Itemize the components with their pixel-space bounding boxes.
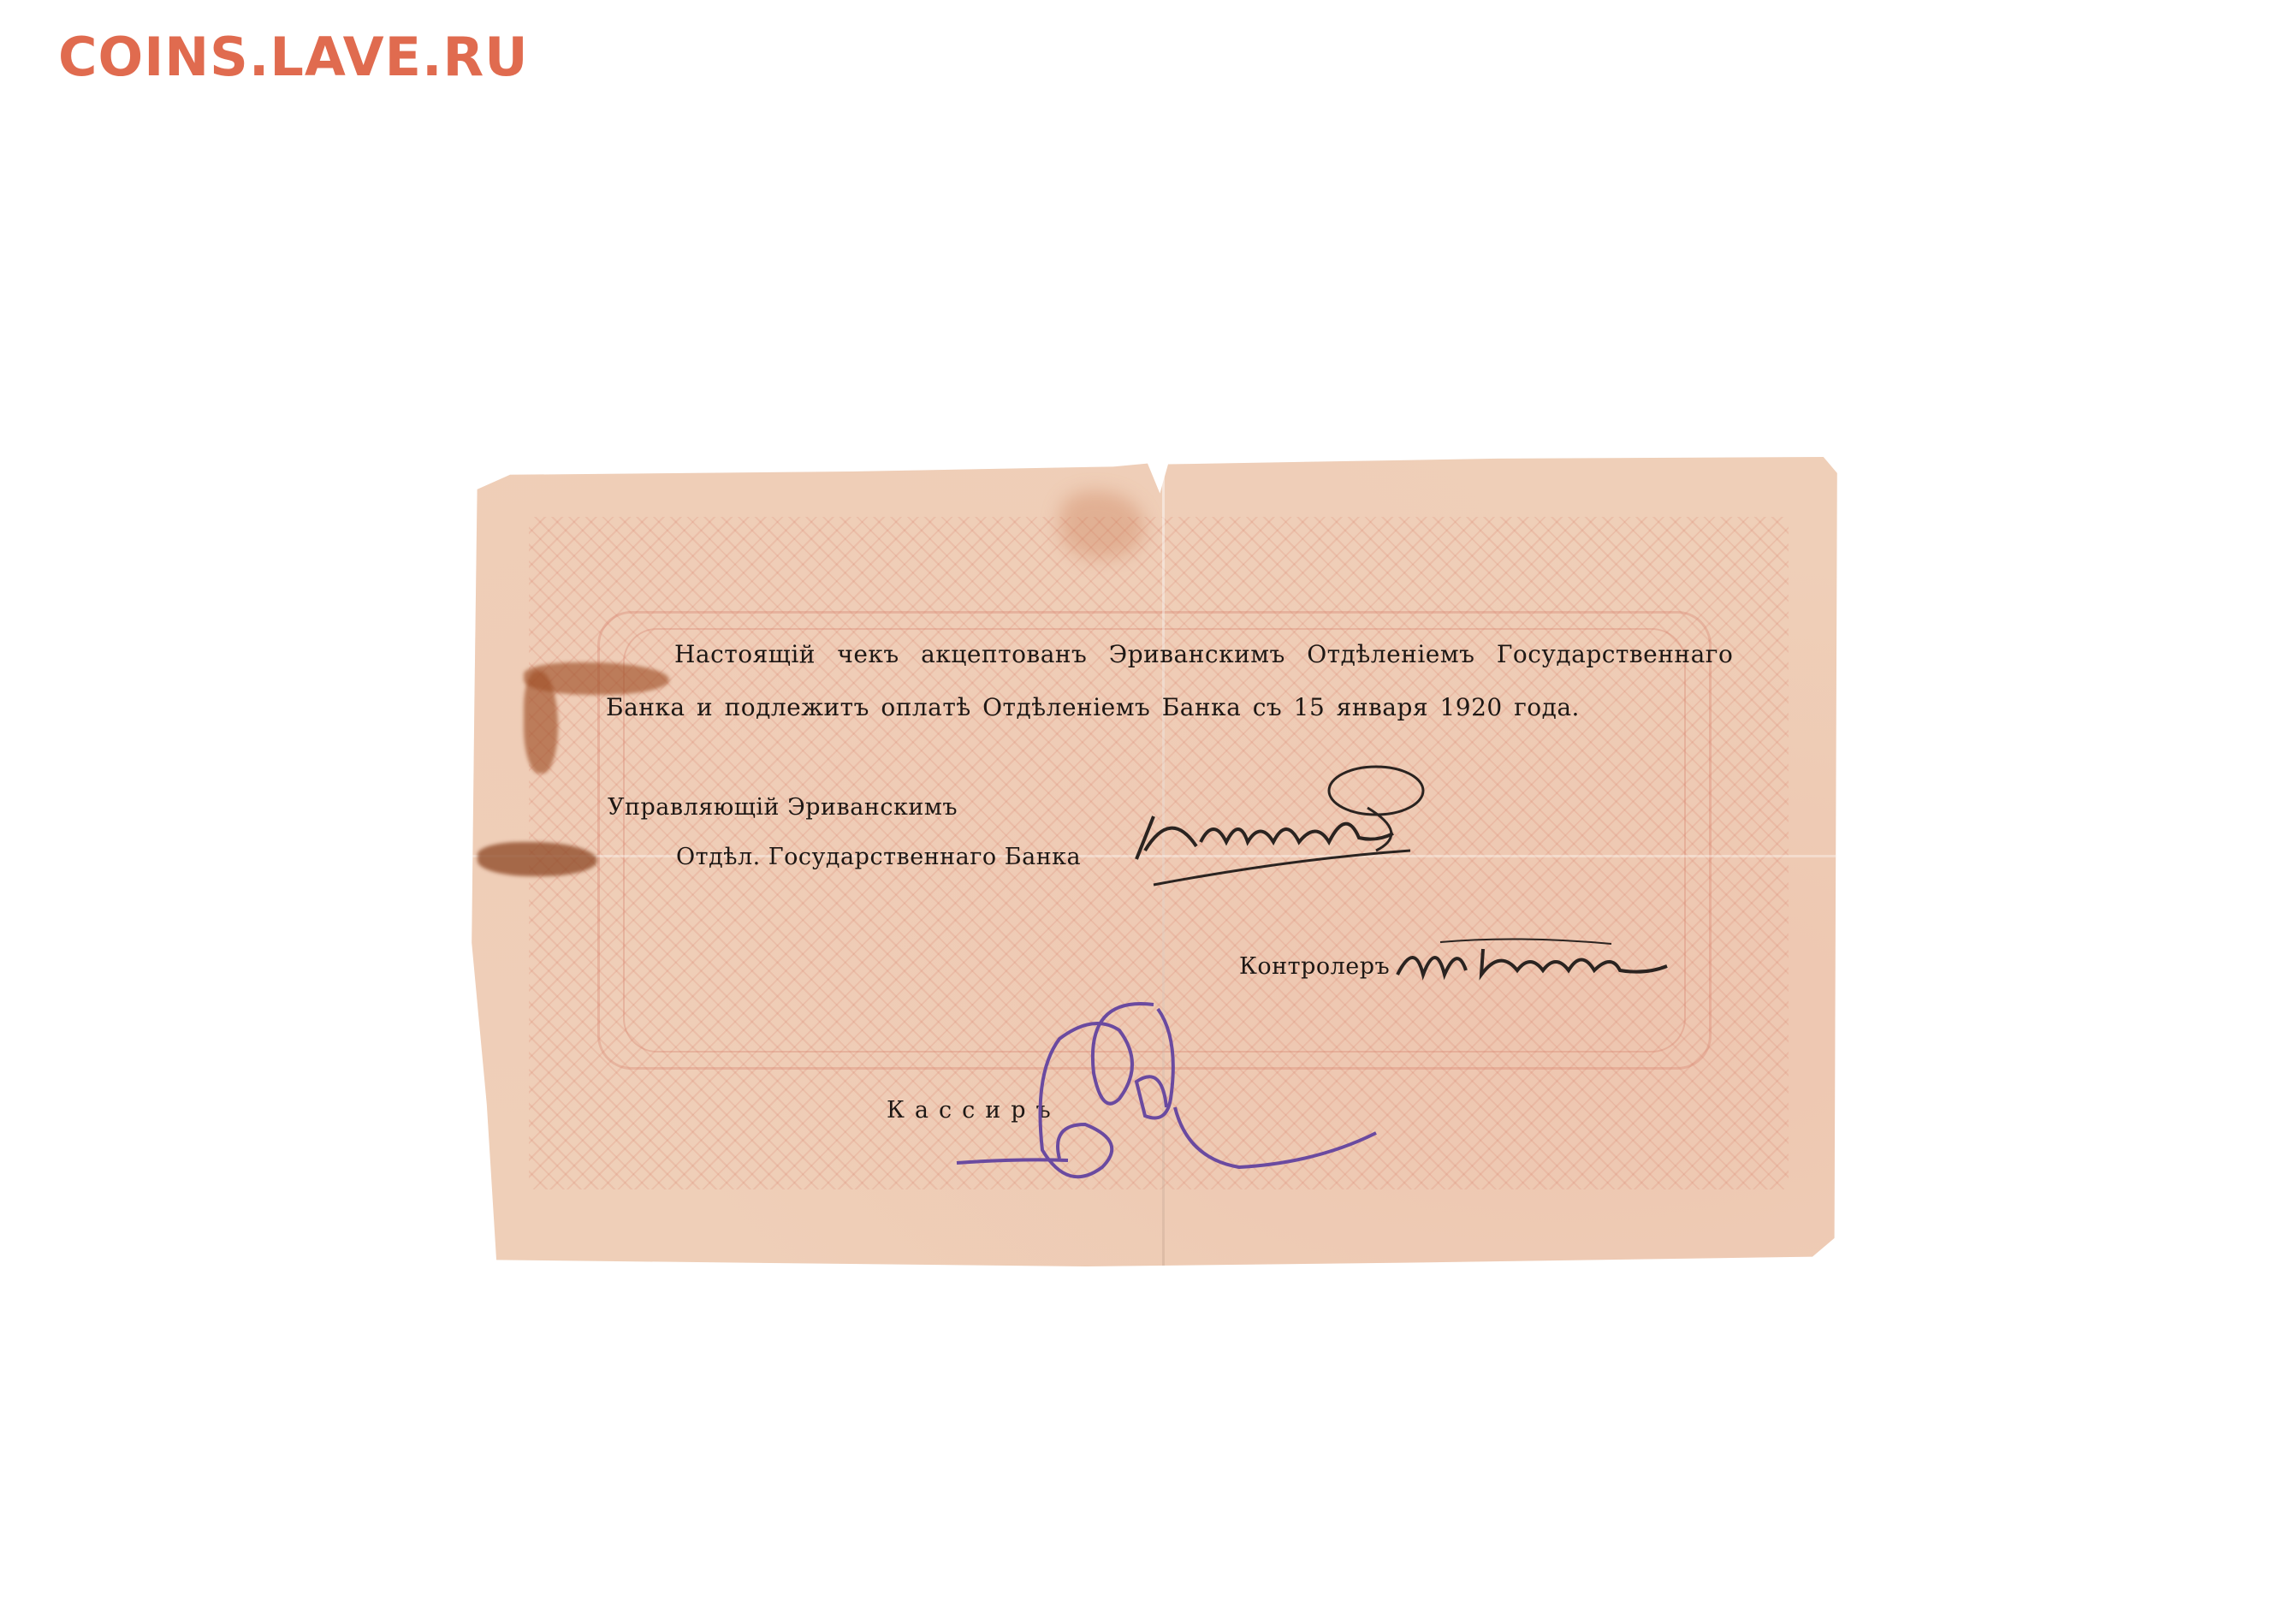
site-watermark: COINS.LAVE.RU [58,26,529,88]
acceptance-text-line-1: Настоящій чекъ акцептованъ Эриванскимъ О… [674,640,1733,668]
manager-title-line-2: Отдѣл. Государственнаго Банка [676,844,1081,870]
controller-label: Контролеръ [1239,953,1390,980]
cashier-signature [948,979,1410,1201]
manager-title-line-1: Управляющій Эриванскимъ [608,794,958,821]
stain [478,842,597,876]
stain [1059,491,1145,560]
acceptance-text-line-2: Банка и подлежитъ оплатѣ Отдѣленіемъ Бан… [606,693,1580,721]
manager-signature [1119,756,1427,902]
banknote-reverse: Настоящій чекъ акцептованъ Эриванскимъ О… [469,457,1840,1266]
controller-signature [1389,932,1671,992]
